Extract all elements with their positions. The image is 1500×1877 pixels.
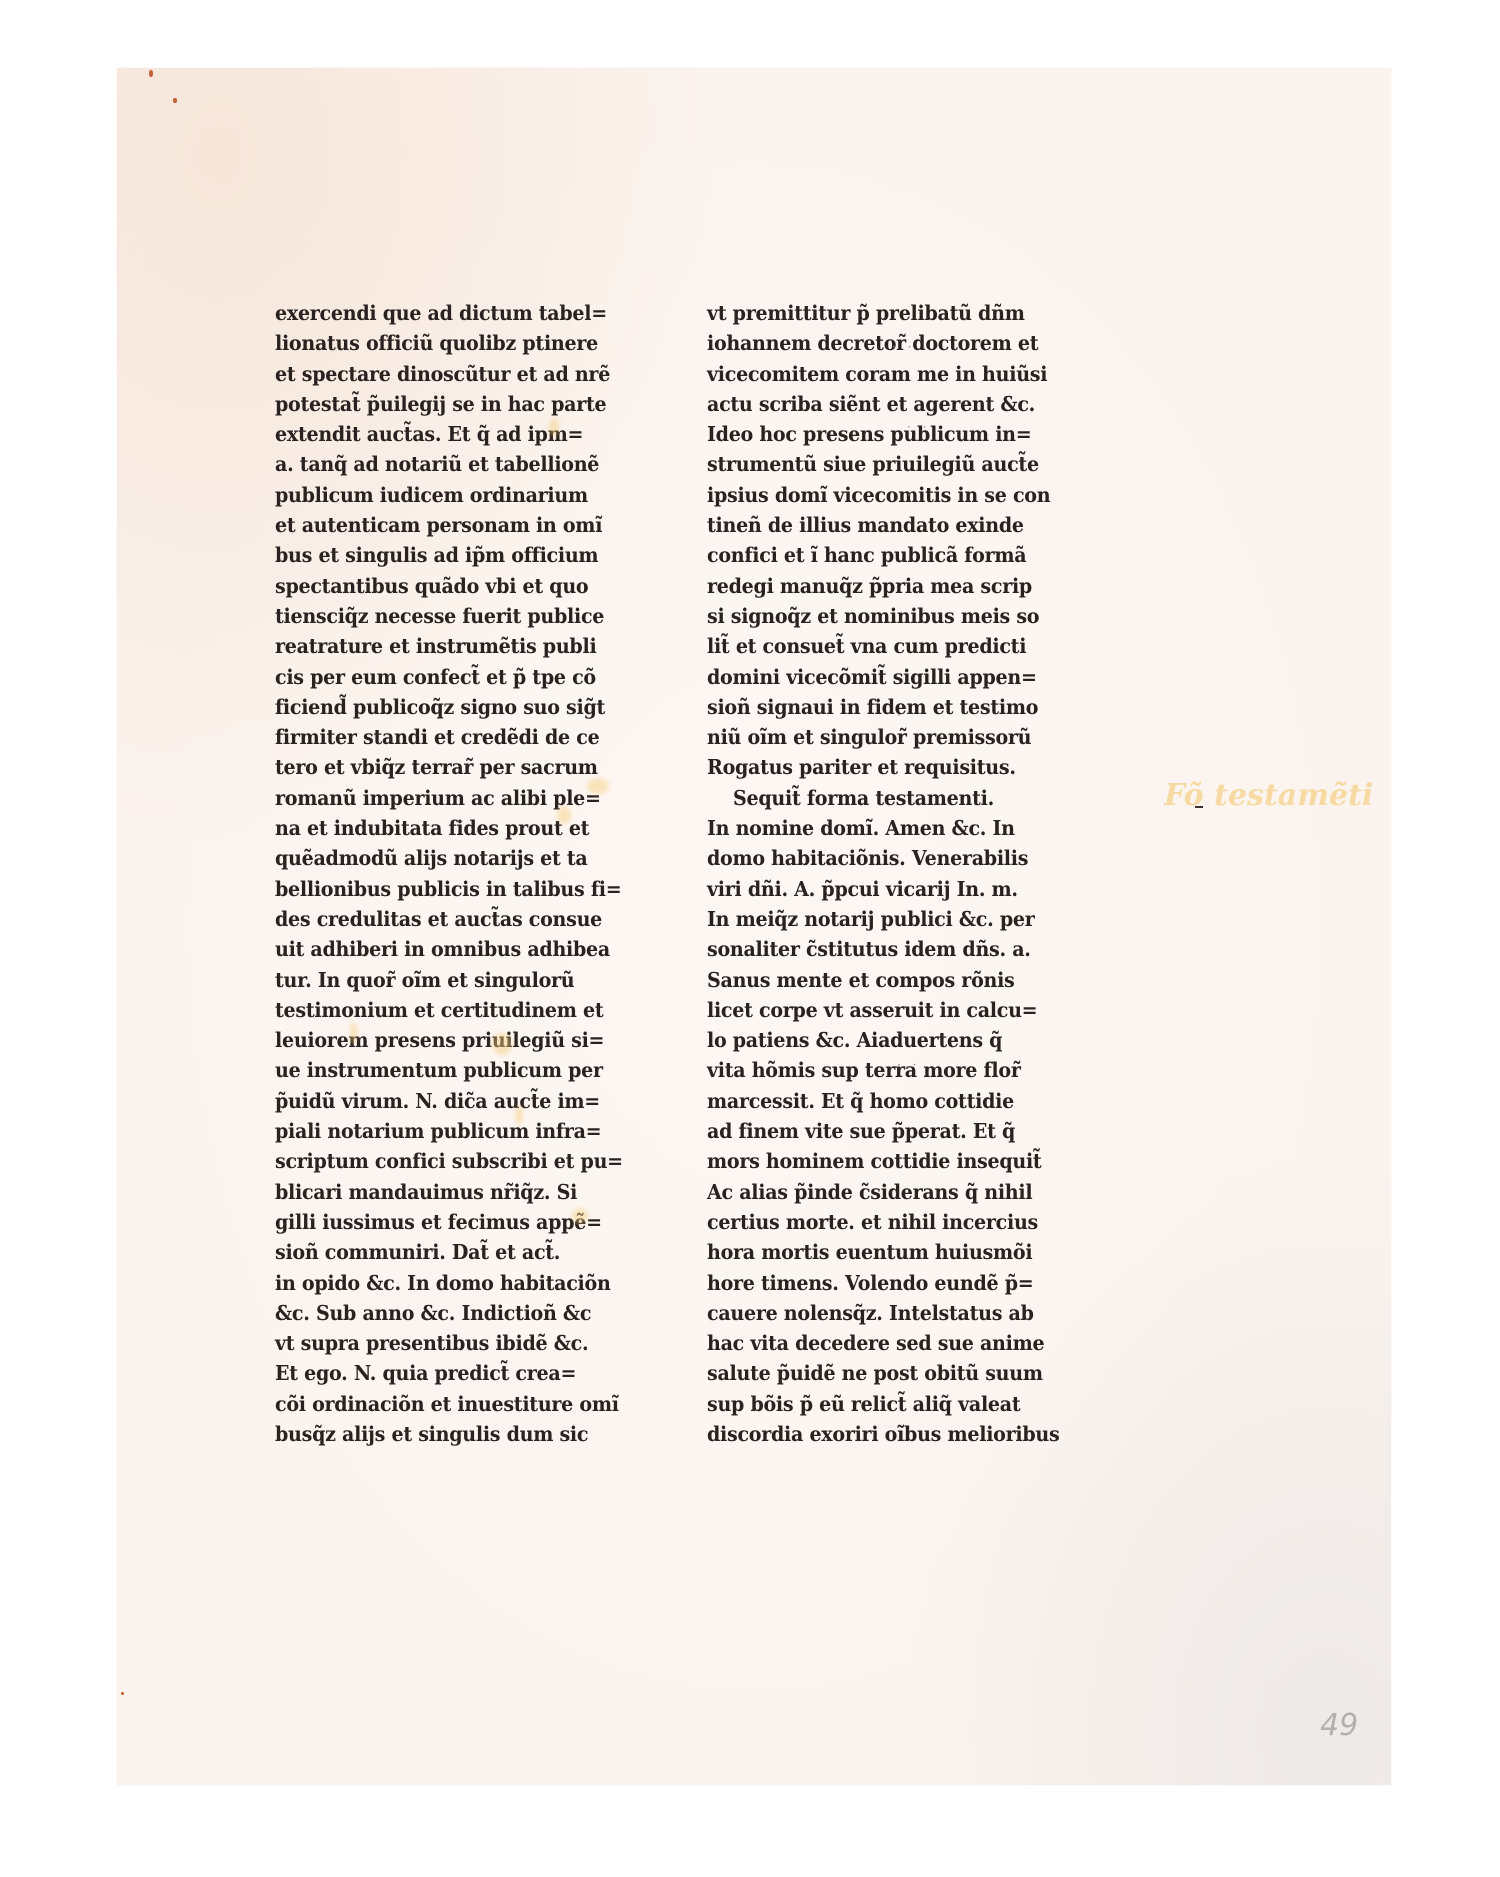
text-line: scriptum confici subscribi et pu= <box>275 1146 628 1176</box>
text-line: bellionibus publicis in talibus fi= <box>275 874 628 904</box>
rubrication-stain <box>515 1105 523 1125</box>
text-line: cis per eum confect̃ et p̃ tpe cõ <box>275 662 628 692</box>
text-line: Rogatus pariter et requisitus. <box>707 752 1060 782</box>
text-line: romanũ imperium ac alibi ple= <box>275 783 628 813</box>
text-line: discordia exoriri oĩbus melioribus <box>707 1419 1060 1449</box>
text-line: na et indubitata fides prout et <box>275 813 628 843</box>
foxing-spot <box>173 98 177 103</box>
text-line: In nomine domĩ. Amen &c. In <box>707 813 1060 843</box>
text-line: vt supra presentibus ibidẽ &c. <box>275 1328 628 1358</box>
text-line: hora mortis euentum huiusmõi <box>707 1237 1060 1267</box>
text-line: confici et ĩ hanc publicã formã <box>707 540 1060 570</box>
text-line: ipsius domĩ vicecomitis in se con <box>707 480 1060 510</box>
text-line: a. tanq̃ ad notariũ et tabellionẽ <box>275 449 628 479</box>
rubrication-stain <box>549 418 559 436</box>
print-specks: · · <box>907 420 930 434</box>
text-line: viri dñi. A. p̃pcui vicarij In. m. <box>707 874 1060 904</box>
text-line: leuiorem presens priuilegiũ si= <box>275 1025 628 1055</box>
foxing-spot <box>121 1692 124 1695</box>
text-line: vicecomitem coram me in huiũsi <box>707 359 1060 389</box>
text-line: redegi manuq̃z p̃pria mea scrip <box>707 571 1060 601</box>
text-column-right: vt premittitur p̃ prelibatũ dñmiohanne… <box>707 298 1087 1449</box>
text-line: ficiend̃ publicoq̃z signo suo sig̃t <box>275 692 628 722</box>
text-line: licet corpe vt asseruit in calcu= <box>707 995 1060 1025</box>
text-line: tiensciq̃z necesse fuerit publice <box>275 601 628 631</box>
rubrication-stain <box>350 1022 357 1044</box>
text-line: mors hominem cottidie insequit̃ <box>707 1146 1060 1176</box>
text-line: in opido &c. In domo habitaciõn <box>275 1268 628 1298</box>
foxing-spot <box>149 70 153 77</box>
text-line: salute p̃uidẽ ne post obitũ suum <box>707 1358 1060 1388</box>
text-line: et autenticam personam in omĩ <box>275 510 628 540</box>
text-line: sup bõis p̃ eũ relict̃ aliq̃ valeat <box>707 1389 1060 1419</box>
text-line: hac vita decedere sed sue anime <box>707 1328 1060 1358</box>
text-line: iohannem decretor̃ doctorem et <box>707 328 1060 358</box>
text-line: ad finem vite sue p̃perat. Et q̃ <box>707 1116 1060 1146</box>
text-line: Ideo hoc presens publicum in= <box>707 419 1060 449</box>
text-line: Et ego. N. quia predict̃ crea= <box>275 1358 628 1388</box>
text-line: hore timens. Volendo eundẽ p̃= <box>707 1268 1060 1298</box>
text-line: vita hõmis sup terra more flor̃ <box>707 1055 1060 1085</box>
text-line: lit̃ et consuet̃ vna cum predicti <box>707 631 1060 661</box>
text-line: p̃uidũ virum. N. dic̃a auct̃e im= <box>275 1086 628 1116</box>
text-line: cõi ordinaciõn et inuestiture omĩ <box>275 1389 628 1419</box>
text-line: reatrature et instrumẽtis publi <box>275 631 628 661</box>
text-line: busq̃z alijs et singulis dum sic <box>275 1419 628 1449</box>
text-line: cauere nolensq̃z. Intelstatus ab <box>707 1298 1060 1328</box>
text-line: quẽadmodũ alijs notarijs et ta <box>275 843 628 873</box>
document-page: exercendi que ad dictum tabel=lionatus o… <box>117 68 1391 1785</box>
text-line: bus et singulis ad ip̃m officium <box>275 540 628 570</box>
text-line: vt premittitur p̃ prelibatũ dñm <box>707 298 1060 328</box>
text-line: des credulitas et auct̃as consue <box>275 904 628 934</box>
text-line: sonaliter c̃stitutus idem dñs. a. <box>707 934 1060 964</box>
text-line: Ac alias p̃inde c̃siderans q̃ nihil <box>707 1177 1060 1207</box>
rubrication-stain <box>492 1033 512 1055</box>
text-line: marcessit. Et q̃ homo cottidie <box>707 1086 1060 1116</box>
text-line: firmiter standi et credẽdi de ce <box>275 722 628 752</box>
text-line: extendit auct̃as. Et q̃ ad ipm= <box>275 419 628 449</box>
text-line: domini vicecõmit̃ sigilli appen= <box>707 662 1060 692</box>
text-line: tur. In quor̃ oĩm et singulorũ <box>275 965 628 995</box>
text-line: certius morte. et nihil incercius <box>707 1207 1060 1237</box>
print-specks: · <box>897 708 905 722</box>
text-line: strumentũ siue priuilegiũ auct̃e <box>707 449 1060 479</box>
text-line: testimonium et certitudinem et <box>275 995 628 1025</box>
text-line: blicari mandauimus nr̃iq̃z. Si <box>275 1177 628 1207</box>
text-line: exercendi que ad dictum tabel= <box>275 298 628 328</box>
text-line: Sanus mente et compos rõnis <box>707 965 1060 995</box>
text-line: ue instrumentum publicum per <box>275 1055 628 1085</box>
rubrication-stain <box>572 1208 588 1224</box>
text-line: sioñ signaui in fidem et testimo <box>707 692 1060 722</box>
rubrication-stain <box>587 778 609 794</box>
margin-mark <box>1195 806 1203 808</box>
text-line: niũ oĩm et singulor̃ premissorũ <box>707 722 1060 752</box>
text-line: uit adhiberi in omnibus adhibea <box>275 934 628 964</box>
text-line: et spectare dinoscũtur et ad nrẽ <box>275 359 628 389</box>
text-line: tero et vbiq̃z terrar̃ per sacrum <box>275 752 628 782</box>
text-line: In meiq̃z notarij publici &c. per <box>707 904 1060 934</box>
text-column-left: exercendi que ad dictum tabel=lionatus o… <box>275 298 655 1449</box>
text-line: publicum iudicem ordinarium <box>275 480 628 510</box>
print-specks: · · <box>897 1058 920 1072</box>
print-specks: · <box>907 488 915 502</box>
text-line: domo habitaciõnis. Venerabilis <box>707 843 1060 873</box>
print-specks: · · <box>892 340 915 354</box>
text-line: si signoq̃z et nominibus meis so <box>707 601 1060 631</box>
text-line: sioñ communiri. Dat̃ et act̃. <box>275 1237 628 1267</box>
text-line: lo patiens &c. Aiaduertens q̃ <box>707 1025 1060 1055</box>
text-line: spectantibus quãdo vbi et quo <box>275 571 628 601</box>
text-line: piali notarium publicum infra= <box>275 1116 628 1146</box>
text-line: Sequit̃ forma testamenti. <box>707 783 1060 813</box>
text-line: &c. Sub anno &c. Indictioñ &c <box>275 1298 628 1328</box>
text-line: potestat̃ p̃uilegij se in hac parte <box>275 389 628 419</box>
text-line: lionatus officiũ quolibz ptinere <box>275 328 628 358</box>
rubrication-stain <box>557 806 571 824</box>
text-line: tineñ de illius mandato exinde <box>707 510 1060 540</box>
text-line: actu scriba siẽnt et agerent &c. <box>707 389 1060 419</box>
folio-number: 49 <box>1320 1708 1358 1743</box>
